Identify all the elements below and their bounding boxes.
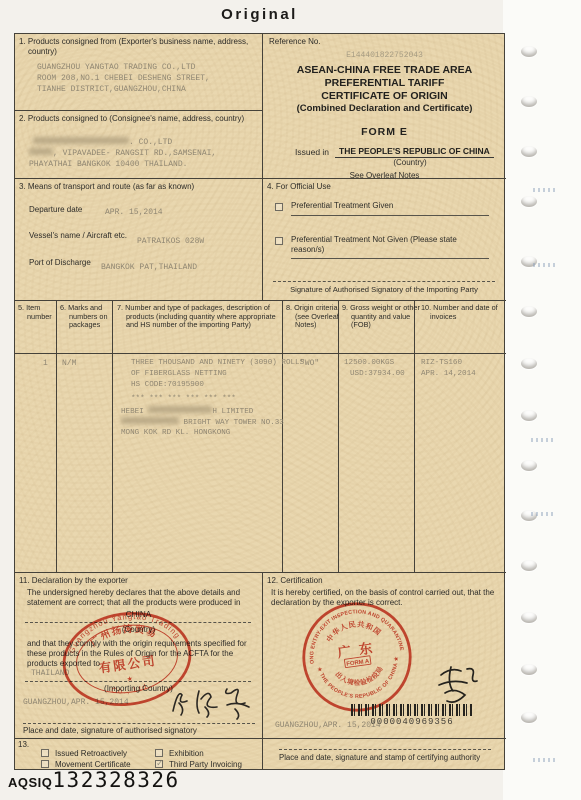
declaration-para-1: The undersigned hereby declares that the… <box>27 588 253 608</box>
importing-country-caption: (Importing Country) <box>15 684 262 694</box>
consignee-address-2: PHAYATHAI BANGKOK 10400 THAILAND. <box>29 159 187 170</box>
form-title-1: ASEAN-CHINA FREE TRADE AREA <box>263 64 506 76</box>
origin-criteria: "WO" <box>300 358 319 369</box>
svg-text:中华人民共和国: 中华人民共和国 <box>322 616 384 645</box>
certifying-caption-cell: Place and date, signature and stamp of c… <box>263 739 506 770</box>
weight-cell: 12500.00KGS USD:37934.00 <box>339 354 415 573</box>
marks-value: N/M <box>62 358 76 369</box>
box12-label: 12. Certification <box>267 576 323 586</box>
importing-country-line <box>25 681 251 682</box>
gross-weight: 12500.00KGS <box>344 358 394 369</box>
departure-date-value: APR. 15,2014 <box>105 207 163 218</box>
svg-text:FORM A: FORM A <box>346 659 370 668</box>
invoice-number: RIZ-TS160 <box>421 358 462 369</box>
redaction <box>121 417 179 424</box>
box11-declaration: 11. Declaration by the exporter The unde… <box>15 573 263 739</box>
produced-in-country: CHINA <box>15 610 262 620</box>
box12-caption: Place and date, signature and stamp of c… <box>279 753 499 763</box>
form-title-4: (Combined Declaration and Certificate) <box>263 103 506 114</box>
header-box: Reference No. E144401822752043 ASEAN-CHI… <box>263 34 506 179</box>
col8-header: 8. Origin criteria (see Overleaf Notes) <box>283 301 339 354</box>
invoice-date: APR. 14,2014 <box>421 369 476 380</box>
box3-label: 3. Means of transport and route (as far … <box>19 182 194 192</box>
issued-in-label: Issued in <box>295 148 329 158</box>
issued-retroactively-checkbox[interactable] <box>41 749 49 757</box>
invoice-cell: RIZ-TS160 APR. 14,2014 <box>415 354 506 573</box>
description-cell: THREE THOUSAND AND NINETY (3090) ROLLS O… <box>113 354 283 573</box>
binding-hole <box>521 410 537 421</box>
scan-artifact <box>533 758 555 762</box>
departure-date-label: Departure date <box>29 205 82 215</box>
country-label: (Country) <box>335 158 485 168</box>
issued-retroactively-label: Issued Retroactively <box>55 749 127 759</box>
svg-text:广 东: 广 东 <box>336 639 375 660</box>
box1-label: 1. Products consigned from (Exporter's b… <box>19 37 263 56</box>
box3-transport: 3. Means of transport and route (as far … <box>15 179 263 301</box>
box13-label: 13. <box>18 740 29 750</box>
exporter-address-2: TIANHE DISTRICT,GUANGZHOU,CHINA <box>37 84 186 95</box>
certificate-form: 1. Products consigned from (Exporter's b… <box>14 33 505 770</box>
exported-to-country: THAILAND <box>31 668 69 679</box>
aqsiq-prefix: AQSIQ <box>8 775 52 790</box>
preferential-not-given-checkbox[interactable] <box>275 237 283 245</box>
scan-artifact <box>533 188 555 192</box>
exporter-address-1: ROOM 208,NO.1 CHEBEI DESHENG STREET, <box>37 73 210 84</box>
box2-label: 2. Products consigned to (Consignee's na… <box>19 114 259 124</box>
redaction <box>33 137 129 144</box>
desc-line: OF FIBERGLASS NETTING <box>131 369 227 380</box>
scan-artifact <box>531 512 553 516</box>
certification-para: It is hereby certified, on the basis of … <box>271 588 499 608</box>
box4-official-use: 4. For Official Use Preferential Treatme… <box>263 179 506 301</box>
binding-hole <box>521 712 537 723</box>
redaction <box>148 406 212 413</box>
item-number: 1 <box>43 358 48 369</box>
scan-right-margin <box>503 0 581 800</box>
signatory-line <box>23 723 255 724</box>
marks-cell: N/M <box>57 354 113 573</box>
desc-line: MONG KOK RD KL. HONGKONG <box>121 428 230 439</box>
certifier-place-date: GUANGZHOU,APR. 15,2014 <box>275 720 381 731</box>
consignee-address-1: , VIPAVADEE- RANGSIT RD.,SAMSENAI, <box>29 148 216 159</box>
col9-header: 9. Gross weight or other quantity and va… <box>339 301 415 354</box>
col6-header: 6. Marks and numbers on packages <box>57 301 113 354</box>
redaction <box>29 148 53 155</box>
svg-text:出入境检验检疫局: 出入境检验检疫局 <box>333 663 387 690</box>
certifying-authority-stamp: GUANGDONG ENTRY-EXIT INSPECTION AND QUAR… <box>294 594 420 720</box>
col10-header: 10. Number and date of invoices <box>415 301 506 354</box>
svg-text:★: ★ <box>126 675 133 684</box>
binding-hole <box>521 612 537 623</box>
binding-hole <box>521 96 537 107</box>
preferential-given-checkbox[interactable] <box>275 203 283 211</box>
binding-hole <box>521 358 537 369</box>
vessel-label: Vessel's name / Aircraft etc. <box>29 231 127 241</box>
third-party-invoicing-label: Third Party Invoicing <box>169 760 242 770</box>
binding-hole <box>521 306 537 317</box>
movement-certificate-checkbox[interactable] <box>41 760 49 768</box>
box11-caption: Place and date, signature of authorised … <box>23 726 261 736</box>
form-title-3: CERTIFICATE OF ORIGIN <box>263 90 506 102</box>
binding-hole <box>521 146 537 157</box>
svg-text:★ THE PEOPLE'S REPUBLIC OF CHI: ★ THE PEOPLE'S REPUBLIC OF CHINA ★ <box>315 654 405 705</box>
form-title-2: PREFERENTIAL TARIFF <box>263 77 506 89</box>
page-title: Original <box>14 6 505 23</box>
certifier-signature <box>431 661 481 709</box>
scan-artifact <box>531 438 553 442</box>
box13-options: 13. Issued Retroactively Exhibition Move… <box>15 739 263 770</box>
fob-value: USD:37934.00 <box>350 369 405 380</box>
box2-consignee: 2. Products consigned to (Consignee's na… <box>15 111 263 179</box>
box11-label: 11. Declaration by the exporter <box>19 576 128 586</box>
reference-label: Reference No. <box>269 37 321 47</box>
country-caption: (Country) <box>15 625 262 635</box>
box1-exporter: 1. Products consigned from (Exporter's b… <box>15 34 263 111</box>
vessel-value: PATRAIKOS 028W <box>137 236 204 247</box>
third-party-invoicing-checkbox[interactable] <box>155 760 163 768</box>
origin-cell: "WO" <box>283 354 339 573</box>
box12-certification: 12. Certification It is hereby certified… <box>263 573 506 739</box>
desc-line: *** *** *** *** *** *** <box>131 394 236 405</box>
box4-label: 4. For Official Use <box>267 182 331 192</box>
binding-hole <box>521 560 537 571</box>
exhibition-label: Exhibition <box>169 749 204 759</box>
consignee-name: . CO.,LTD <box>33 137 172 148</box>
scan-artifact <box>533 263 555 267</box>
desc-line: HS CODE:70195900 <box>131 380 204 391</box>
aqsiq-serial: AQSIQ 132328326 <box>8 768 180 792</box>
declaration-para-2: and that they comply with the origin req… <box>27 639 255 669</box>
binding-hole <box>521 664 537 675</box>
binding-hole <box>521 196 537 207</box>
preferential-given-label: Preferential Treatment Given <box>291 201 489 216</box>
country-line <box>25 622 251 623</box>
certifying-signature-line <box>279 749 491 750</box>
signature-line <box>273 281 495 282</box>
col5-header: 5. Item number <box>15 301 57 354</box>
port-value: BANGKOK PAT,THAILAND <box>101 262 197 273</box>
importing-party-signature-caption: Signature of Authorised Signatory of the… <box>265 285 503 295</box>
item-cell: 1 <box>15 354 57 573</box>
form-e-label: FORM E <box>263 126 506 138</box>
port-label: Port of Discharge <box>29 258 91 268</box>
exporter-name: GUANGZHOU YANGTAO TRADING CO.,LTD <box>37 62 195 73</box>
certificate-barcode <box>351 704 473 716</box>
issued-in-value: THE PEOPLE'S REPUBLIC OF CHINA <box>335 146 494 158</box>
binding-hole <box>521 46 537 57</box>
col7-header: 7. Number and type of packages, descript… <box>113 301 283 354</box>
exporter-place-date: GUANGZHOU,APR. 15,2014 <box>23 697 129 708</box>
aqsiq-number: 132328326 <box>52 768 179 792</box>
exhibition-checkbox[interactable] <box>155 749 163 757</box>
binding-hole <box>521 460 537 471</box>
reference-number: E144401822752043 <box>263 50 506 61</box>
preferential-not-given-label: Preferential Treatment Not Given (Please… <box>291 235 489 259</box>
desc-line: THREE THOUSAND AND NINETY (3090) ROLLS <box>131 358 304 369</box>
